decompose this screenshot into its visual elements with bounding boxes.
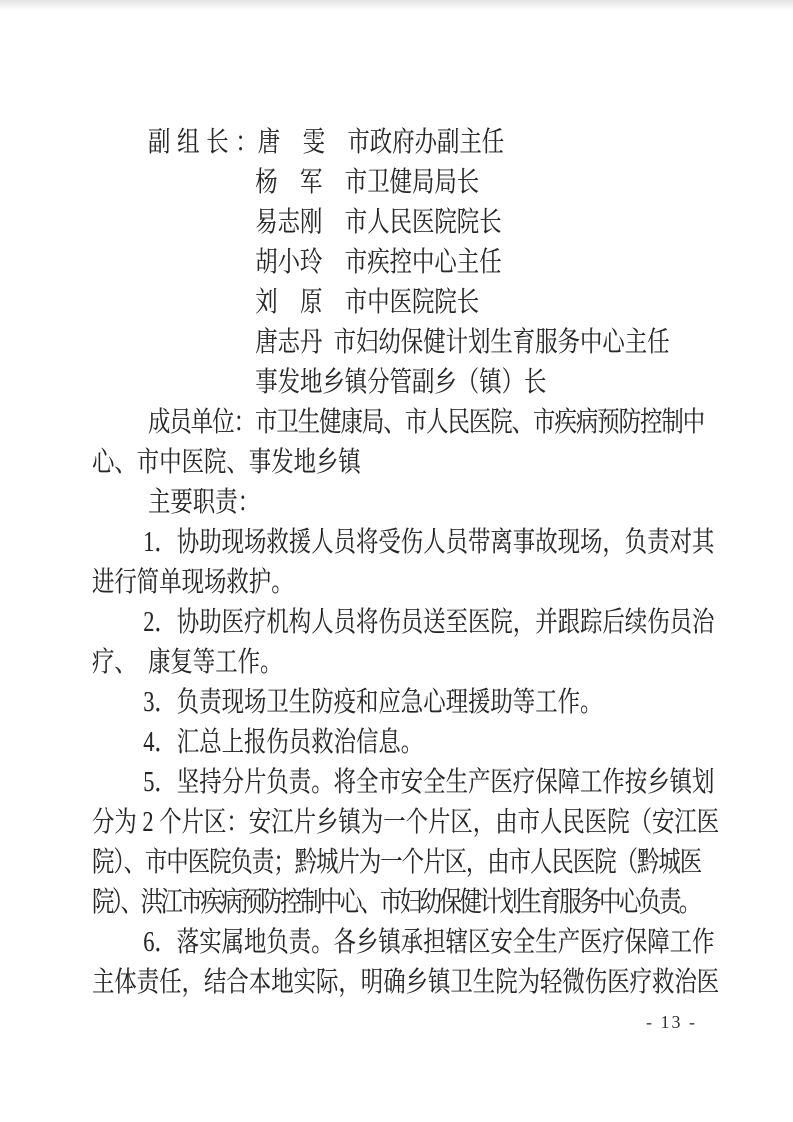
label-colon: ：: [235, 127, 257, 158]
leader-name: 易志刚: [255, 203, 322, 243]
deputy-leader-row: 唐志丹市妇幼保健计划生育服务中心主任: [92, 323, 703, 363]
leader-title: 市妇幼保健计划生育服务中心主任: [334, 327, 670, 358]
member-units-line: 心、市中医院、事发地乡镇: [92, 443, 703, 483]
duty-line: 进行简单现场救护。: [92, 563, 703, 603]
duty-line: 院）、洪江市疾病预防控制中心、市妇幼保健计划生育服务中心负责。: [92, 883, 703, 923]
duty-line: 4．汇总上报伤员救治信息。: [92, 723, 703, 763]
scan-edge-shading: [0, 0, 793, 10]
deputy-leader-row: 刘 原市中医院院长: [92, 283, 703, 323]
document-page: 副组长：唐 雯市政府办副主任 杨 军市卫健局局长 易志刚市人民医院院长 胡小玲市…: [0, 0, 793, 1122]
page-number: - 13 -: [646, 1012, 697, 1033]
member-units-line: 成员单位：市卫生健康局、市人民医院、市疾病预防控制中: [92, 403, 703, 443]
deputy-leader-row: 杨 军市卫健局局长: [92, 163, 703, 203]
leader-name: 杨 军: [255, 163, 322, 203]
duty-line: 疗、 康复等工作。: [92, 643, 703, 683]
duty-line: 6．落实属地负责。各乡镇承担辖区安全生产医疗保障工作: [92, 923, 703, 963]
leader-name: 唐志丹: [255, 323, 322, 363]
duty-line: 5．坚持分片负责。将全市安全生产医疗保障工作按乡镇划: [92, 763, 703, 803]
deputy-leader-row: 易志刚市人民医院院长: [92, 203, 703, 243]
leader-title: 市卫健局局长: [345, 167, 479, 198]
leader-title: 事发地乡镇分管副乡（镇）长: [255, 367, 546, 398]
duty-line: 分为 2 个片区：安江片乡镇为一个片区，由市人民医院（安江医: [92, 803, 703, 843]
duty-line: 主体责任，结合本地实际，明确乡镇卫生院为轻微伤医疗救治医: [92, 963, 703, 1003]
duty-line: 3．负责现场卫生防疫和应急心理援助等工作。: [92, 683, 703, 723]
leader-title: 市政府办副主任: [347, 127, 504, 158]
document-body: 副组长：唐 雯市政府办副主任 杨 军市卫健局局长 易志刚市人民医院院长 胡小玲市…: [92, 123, 703, 1003]
leader-title: 市疾控中心主任: [345, 247, 502, 278]
duty-line: 1．协助现场救援人员将受伤人员带离事故现场，负责对其: [92, 523, 703, 563]
deputy-leader-row: 事发地乡镇分管副乡（镇）长: [92, 363, 703, 403]
deputy-leader-row: 副组长：唐 雯市政府办副主任: [92, 123, 703, 163]
deputy-leaders-label: 副组长: [148, 127, 235, 158]
leader-title: 市中医院院长: [345, 287, 479, 318]
deputy-leader-row: 胡小玲市疾控中心主任: [92, 243, 703, 283]
leader-name: 唐 雯: [258, 123, 325, 163]
duty-line: 院）、市中医院负责；黔城片为一个片区，由市人民医院（黔城医: [92, 843, 703, 883]
leader-name: 胡小玲: [255, 243, 322, 283]
leader-title: 市人民医院院长: [345, 207, 502, 238]
duty-line: 2．协助医疗机构人员将伤员送至医院，并跟踪后续伤员治: [92, 603, 703, 643]
leader-name: 刘 原: [255, 283, 322, 323]
duties-heading: 主要职责：: [92, 483, 703, 523]
